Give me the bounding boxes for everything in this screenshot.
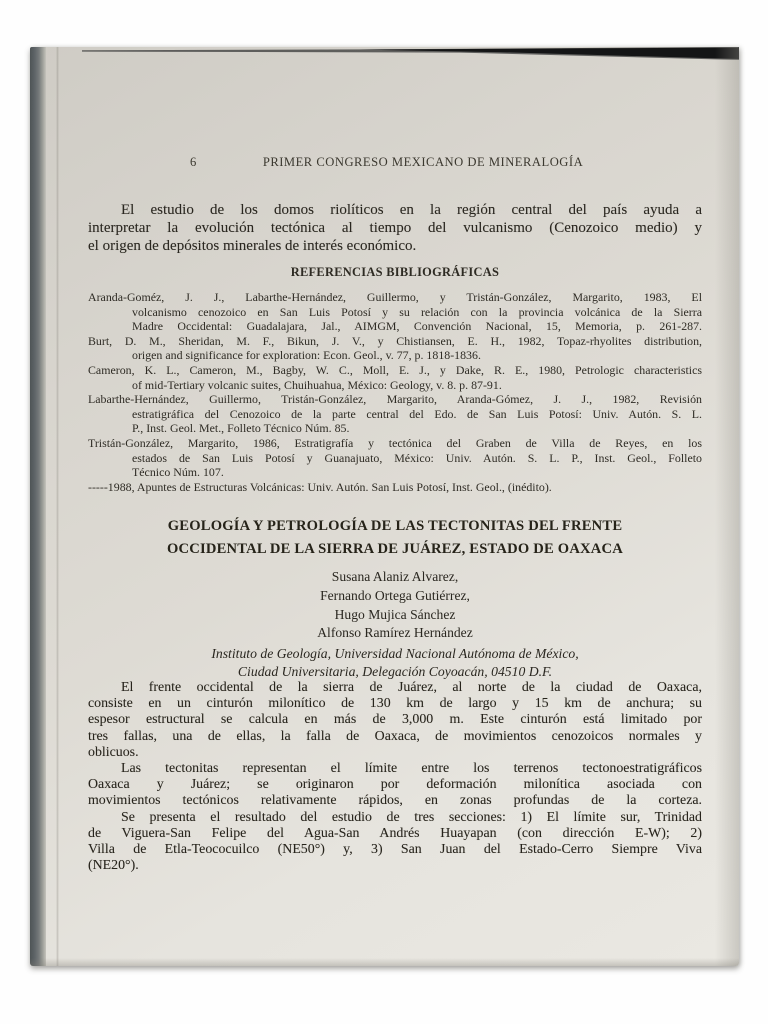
text-line: oblicuos. — [88, 745, 702, 761]
reference-line: Burt, D. M., Sheridan, M. F., Bikun, J. … — [88, 334, 702, 349]
text-line: interpretar la evolución tectónica al ti… — [88, 220, 702, 238]
page-number: 6 — [190, 155, 197, 170]
text-line: El frente occidental de la sierra de Juá… — [88, 680, 702, 696]
reference-line: Técnico Núm. 107. — [88, 465, 702, 480]
intro-paragraph: El estudio de los domos riolíticos en la… — [88, 202, 702, 255]
article-title-line: OCCIDENTAL DE LA SIERRA DE JUÁREZ, ESTAD… — [88, 538, 702, 561]
text-line: (NE20°). — [88, 858, 702, 874]
reference-line: estratigráfica del Cenozoico de la parte… — [88, 407, 702, 422]
reference-line: volcanismo cenozoico en San Luis Potosí … — [88, 305, 702, 320]
article-affiliation: Instituto de Geología, Universidad Nacio… — [88, 645, 702, 680]
text-line: Villa de Etla-Teococuilco (NE50°) y, 3) … — [88, 842, 702, 858]
text-line: el origen de depósitos minerales de inte… — [88, 238, 702, 256]
author-name: Alfonso Ramírez Hernández — [88, 624, 702, 643]
reference-line: origen and significance for exploration:… — [88, 348, 702, 363]
text-line: Oaxaca y Juárez; se originaron por defor… — [88, 777, 702, 793]
affiliation-line: Ciudad Universitaria, Delegación Coyoacá… — [88, 663, 702, 681]
article-authors: Susana Alaniz Alvarez, Fernando Ortega G… — [88, 568, 702, 643]
reference-line: estados de San Luis Potosí y Guanajuato,… — [88, 451, 702, 466]
text-line: de Viguera-San Felipe del Agua-San André… — [88, 826, 702, 842]
abstract-paragraphs: El frente occidental de la sierra de Juá… — [88, 680, 702, 874]
running-header-title: PRIMER CONGRESO MEXICANO DE MINERALOGÍA — [88, 155, 702, 170]
text-line: El estudio de los domos riolíticos en la… — [88, 202, 702, 220]
article-title: GEOLOGÍA Y PETROLOGÍA DE LAS TECTONITAS … — [88, 515, 702, 561]
text-line: Las tectonitas representan el límite ent… — [88, 761, 702, 777]
running-header: 6 PRIMER CONGRESO MEXICANO DE MINERALOGÍ… — [88, 155, 702, 170]
affiliation-line: Instituto de Geología, Universidad Nacio… — [88, 645, 702, 663]
reference-line: Labarthe-Hernández, Guillermo, Tristán-G… — [88, 392, 702, 407]
author-name: Fernando Ortega Gutiérrez, — [88, 587, 702, 606]
article-title-line: GEOLOGÍA Y PETROLOGÍA DE LAS TECTONITAS … — [88, 515, 702, 538]
author-name: Hugo Mujica Sánchez — [88, 606, 702, 625]
binding-shadow — [30, 47, 46, 966]
text-line: tres fallas, una de ellas, la falla de O… — [88, 729, 702, 745]
reference-line: of mid-Tertiary volcanic suites, Chuihua… — [88, 378, 702, 393]
scanned-page: 6 PRIMER CONGRESO MEXICANO DE MINERALOGÍ… — [30, 47, 739, 966]
page-edge-shadow-right — [715, 47, 739, 966]
text-line: movimientos tectónicos relativamente ráp… — [88, 793, 702, 809]
references-heading: REFERENCIAS BIBLIOGRÁFICAS — [88, 265, 702, 280]
page-content: 6 PRIMER CONGRESO MEXICANO DE MINERALOGÍ… — [88, 47, 702, 966]
reference-line: Tristán-González, Margarito, 1986, Estra… — [88, 436, 702, 451]
reference-line: Aranda-Goméz, J. J., Labarthe-Hernández,… — [88, 290, 702, 305]
page-crease — [56, 47, 59, 966]
text-line: consiste en un cinturón milonítico de 13… — [88, 696, 702, 712]
text-line: espesor estructural se calcula en más de… — [88, 712, 702, 728]
scanner-background: 6 PRIMER CONGRESO MEXICANO DE MINERALOGÍ… — [0, 0, 768, 1024]
author-name: Susana Alaniz Alvarez, — [88, 568, 702, 587]
reference-line: Cameron, K. L., Cameron, M., Bagby, W. C… — [88, 363, 702, 378]
reference-line: Madre Occidental: Guadalajara, Jal., AIM… — [88, 319, 702, 334]
reference-line: P., Inst. Geol. Met., Folleto Técnico Nú… — [88, 421, 702, 436]
references-list: Aranda-Goméz, J. J., Labarthe-Hernández,… — [88, 290, 702, 494]
text-line: Se presenta el resultado del estudio de … — [88, 810, 702, 826]
reference-line: -----1988, Apuntes de Estructuras Volcán… — [88, 480, 702, 495]
